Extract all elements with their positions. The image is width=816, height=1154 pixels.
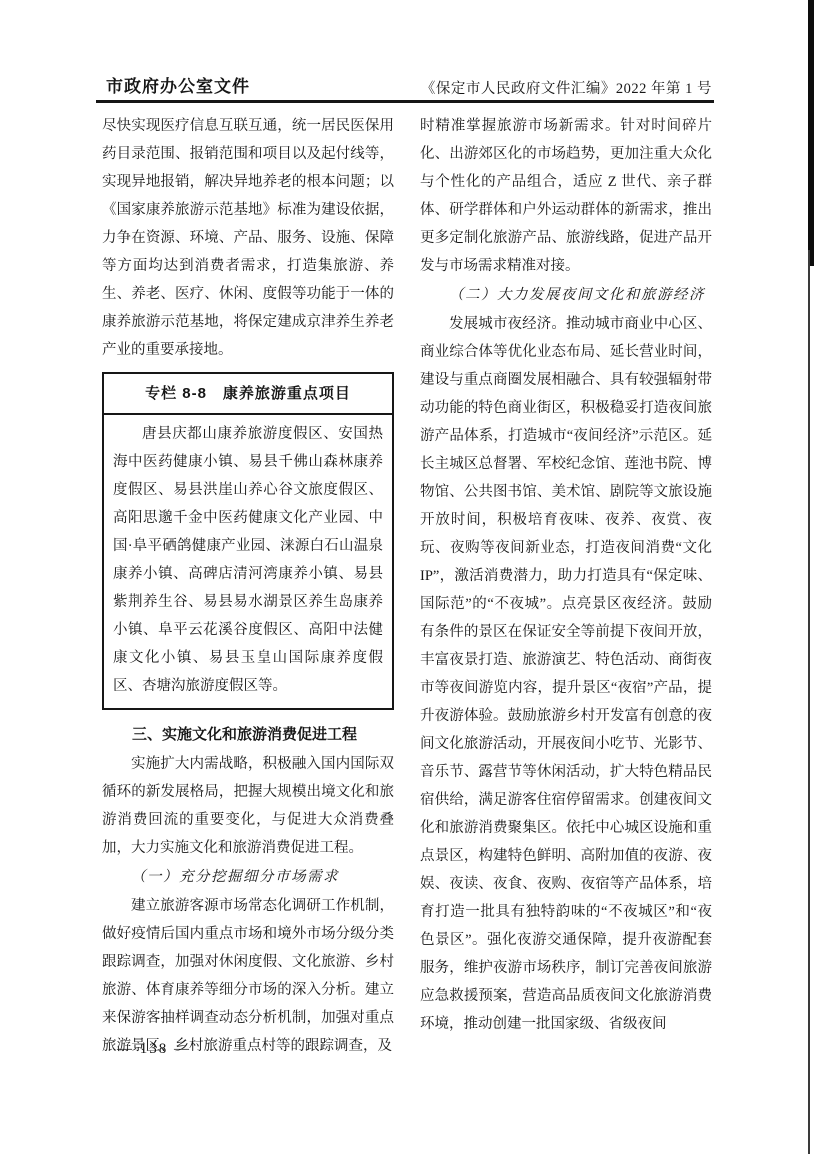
section-heading-three: 三、实施文化和旅游消费促进工程 <box>102 720 394 750</box>
feature-box-title: 专栏 8-8 康养旅游重点项目 <box>104 374 392 415</box>
paragraph-continuation-right: 时精准掌握旅游市场新需求。针对时间碎片化、出游郊区化的市场趋势，更加注重大众化与… <box>420 112 712 280</box>
feature-box: 专栏 8-8 康养旅游重点项目 唐县庆都山康养旅游度假区、安国热海中医药健康小镇… <box>102 372 394 710</box>
subsection-heading-one: （一）充分挖掘细分市场需求 <box>102 862 394 892</box>
header-rule <box>96 100 714 103</box>
paragraph-market-research: 建立旅游客源市场常态化调研工作机制，做好疫情后国内重点市场和境外市场分级分类跟踪… <box>102 892 394 1060</box>
scan-artifact-band <box>808 0 814 266</box>
scan-artifact-line <box>808 250 810 1154</box>
subsection-heading-two: （二）大力发展夜间文化和旅游经济 <box>420 280 712 310</box>
left-column: 尽快实现医疗信息互联互通，统一居民医保用药目录范围、报销范围和项目以及起付线等，… <box>102 112 394 1060</box>
feature-box-body: 唐县庆都山康养旅游度假区、安国热海中医药健康小镇、易县千佛山森林康养度假区、易县… <box>104 415 392 708</box>
paragraph-night-economy: 发展城市夜经济。推动城市商业中心区、商业综合体等优化业态布局、延长营业时间，建设… <box>420 310 712 1038</box>
paragraph-continuation-left: 尽快实现医疗信息互联互通，统一居民医保用药目录范围、报销范围和项目以及起付线等，… <box>102 112 394 364</box>
header-compilation-title: 《保定市人民政府文件汇编》2022 年第 1 号 <box>421 77 712 98</box>
header-doc-category: 市政府办公室文件 <box>106 72 250 97</box>
right-column: 时精准掌握旅游市场新需求。针对时间碎片化、出游郊区化的市场趋势，更加注重大众化与… <box>420 112 712 1038</box>
document-page: 市政府办公室文件 《保定市人民政府文件汇编》2022 年第 1 号 尽快实现医疗… <box>0 0 816 1154</box>
page-number: — 138 — <box>117 1041 191 1058</box>
paragraph-section-intro: 实施扩大内需战略，积极融入国内国际双循环的新发展格局，把握大规模出境文化和旅游消… <box>102 750 394 862</box>
